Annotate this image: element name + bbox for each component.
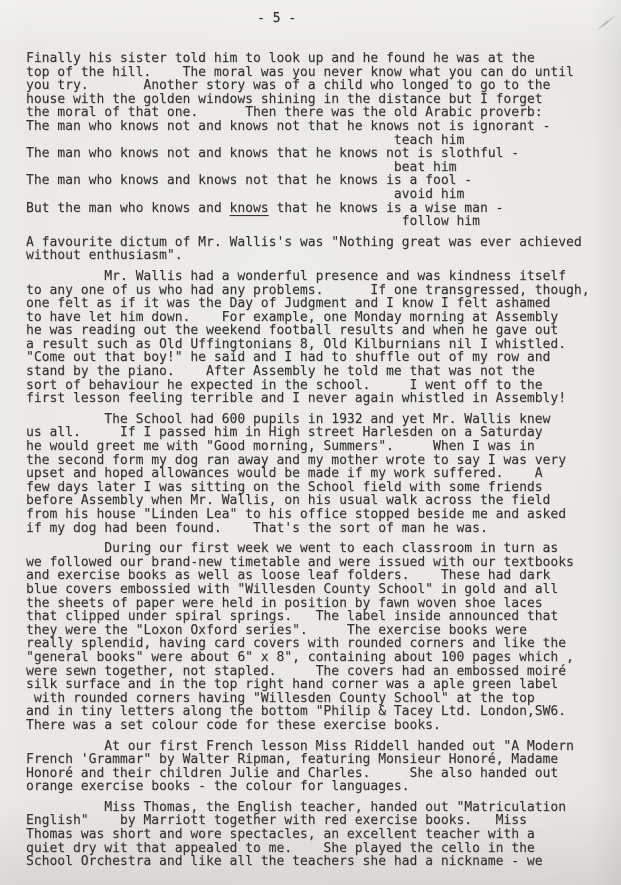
paragraph-english: Miss Thomas, the English teacher, handed… <box>26 801 606 869</box>
proverb-follow-line: follow him <box>26 215 606 229</box>
text-line: silk surface and in the top right hand c… <box>26 678 606 692</box>
text-line: before Assembly when Mr. Wallis, on his … <box>26 494 606 508</box>
text-line: beat him <box>26 161 606 175</box>
text-line: were sewn together, not stapled. The cov… <box>26 665 606 679</box>
text-line: The man who knows and knows not that he … <box>26 174 606 188</box>
text-line: sort of behaviour he expected in the sch… <box>26 379 606 393</box>
text-line: During our first week we went to each cl… <box>26 542 606 556</box>
text-line: The man who knows not and knows that he … <box>26 147 606 161</box>
text-line: avoid him <box>26 188 606 202</box>
text-line: one felt as if it was the Day of Judgmen… <box>26 297 606 311</box>
text-line: the moral of that one. Then there was th… <box>26 106 606 120</box>
text-line: with rounded corners having "Willesden C… <box>26 692 606 706</box>
text-line: "general books" were about 6" x 8", cont… <box>26 651 606 665</box>
text-line: French 'Grammar" by Walter Ripman, featu… <box>26 753 606 767</box>
proverb-lines: The man who knows not and knows not that… <box>26 120 606 202</box>
text-line: There was a set colour code for these ex… <box>26 719 606 733</box>
text-line: The man who knows not and knows not that… <box>26 120 606 134</box>
text-line: a result such as Old Uffingtonians 8, Ol… <box>26 338 606 352</box>
scan-artifact <box>595 14 617 32</box>
text-line: upset and hoped allowances would be made… <box>26 467 606 481</box>
paragraph-wallis: Mr. Wallis had a wonderful presence and … <box>26 270 606 406</box>
text-line: if my dog had been found. That's the sor… <box>26 522 606 536</box>
text-line: English" by Marriott together with red e… <box>26 814 606 828</box>
text-line: to have let him down. For example, one M… <box>26 311 606 325</box>
text-line: us all. If I passed him in High street H… <box>26 426 606 440</box>
paragraph-french: At our first French lesson Miss Riddell … <box>26 740 606 794</box>
text-line: orange exercise books - the colour for l… <box>26 780 606 794</box>
text-line: he was reading out the weekend football … <box>26 324 606 338</box>
text-line: you try. Another story was of a child wh… <box>26 79 606 93</box>
text-line: they were the "Loxon Oxford series". The… <box>26 624 606 638</box>
text-line: and exercise books as well as loose leaf… <box>26 569 606 583</box>
text-line: and in tiny letters along the bottom "Ph… <box>26 705 606 719</box>
text-line: we followed our brand-new timetable and … <box>26 556 606 570</box>
text-line: A favourite dictum of Mr. Wallis's was "… <box>26 236 606 250</box>
text-line: Honoré and their children Julie and Char… <box>26 767 606 781</box>
text-line: from his house "Linden Lea" to his offic… <box>26 508 606 522</box>
paragraph-school: The School had 600 pupils in 1932 and ye… <box>26 413 606 535</box>
text-line: he would greet me with "Good morning, Su… <box>26 440 606 454</box>
text-line: Miss Thomas, the English teacher, handed… <box>26 801 606 815</box>
paragraph-books: During our first week we went to each cl… <box>26 542 606 732</box>
text-line: house with the golden windows shining in… <box>26 93 606 107</box>
text-line: that clipped under spiral springs. The l… <box>26 610 606 624</box>
text-line: stand by the piano. After Assembly he to… <box>26 365 606 379</box>
document-page: - 5 - Finally his sister told him to loo… <box>0 0 621 885</box>
text-line: really splendid, having card covers with… <box>26 637 606 651</box>
text-line: the sheets of paper were held in positio… <box>26 597 606 611</box>
text-line: Finally his sister told him to look up a… <box>26 52 606 66</box>
page-number: - 5 - <box>257 12 296 26</box>
text-line: Mr. Wallis had a wonderful presence and … <box>26 270 606 284</box>
text-line: to any one of us who had any problems. I… <box>26 284 606 298</box>
text-line: At our first French lesson Miss Riddell … <box>26 740 606 754</box>
text-line: top of the hill. The moral was you never… <box>26 66 606 80</box>
proverb-block: The man who knows not and knows not that… <box>26 120 606 229</box>
text-line: Thomas was short and wore spectacles, an… <box>26 828 606 842</box>
text-line: few days later I was sitting on the Scho… <box>26 481 606 495</box>
text-line: "Come out that boy!" he said and I had t… <box>26 351 606 365</box>
paragraph-dictum: A favourite dictum of Mr. Wallis's was "… <box>26 236 606 263</box>
text-line: quiet dry wit that appealed to me. She p… <box>26 842 606 856</box>
text-line: School Orchestra and like all the teache… <box>26 855 606 869</box>
proverb-wise-line: But the man who knows and knows that he … <box>26 202 606 216</box>
text-block: Finally his sister told him to look up a… <box>26 52 606 869</box>
text-line: without enthusiasm". <box>26 249 606 263</box>
text-line: first lesson feeling terrible and I neve… <box>26 392 606 406</box>
paragraph-intro: Finally his sister told him to look up a… <box>26 52 606 120</box>
text-line: blue covers embossied with "Willesden Co… <box>26 583 606 597</box>
text-line: The School had 600 pupils in 1932 and ye… <box>26 413 606 427</box>
text-line: the second form my dog ran away and my m… <box>26 454 606 468</box>
text-line: teach him <box>26 134 606 148</box>
